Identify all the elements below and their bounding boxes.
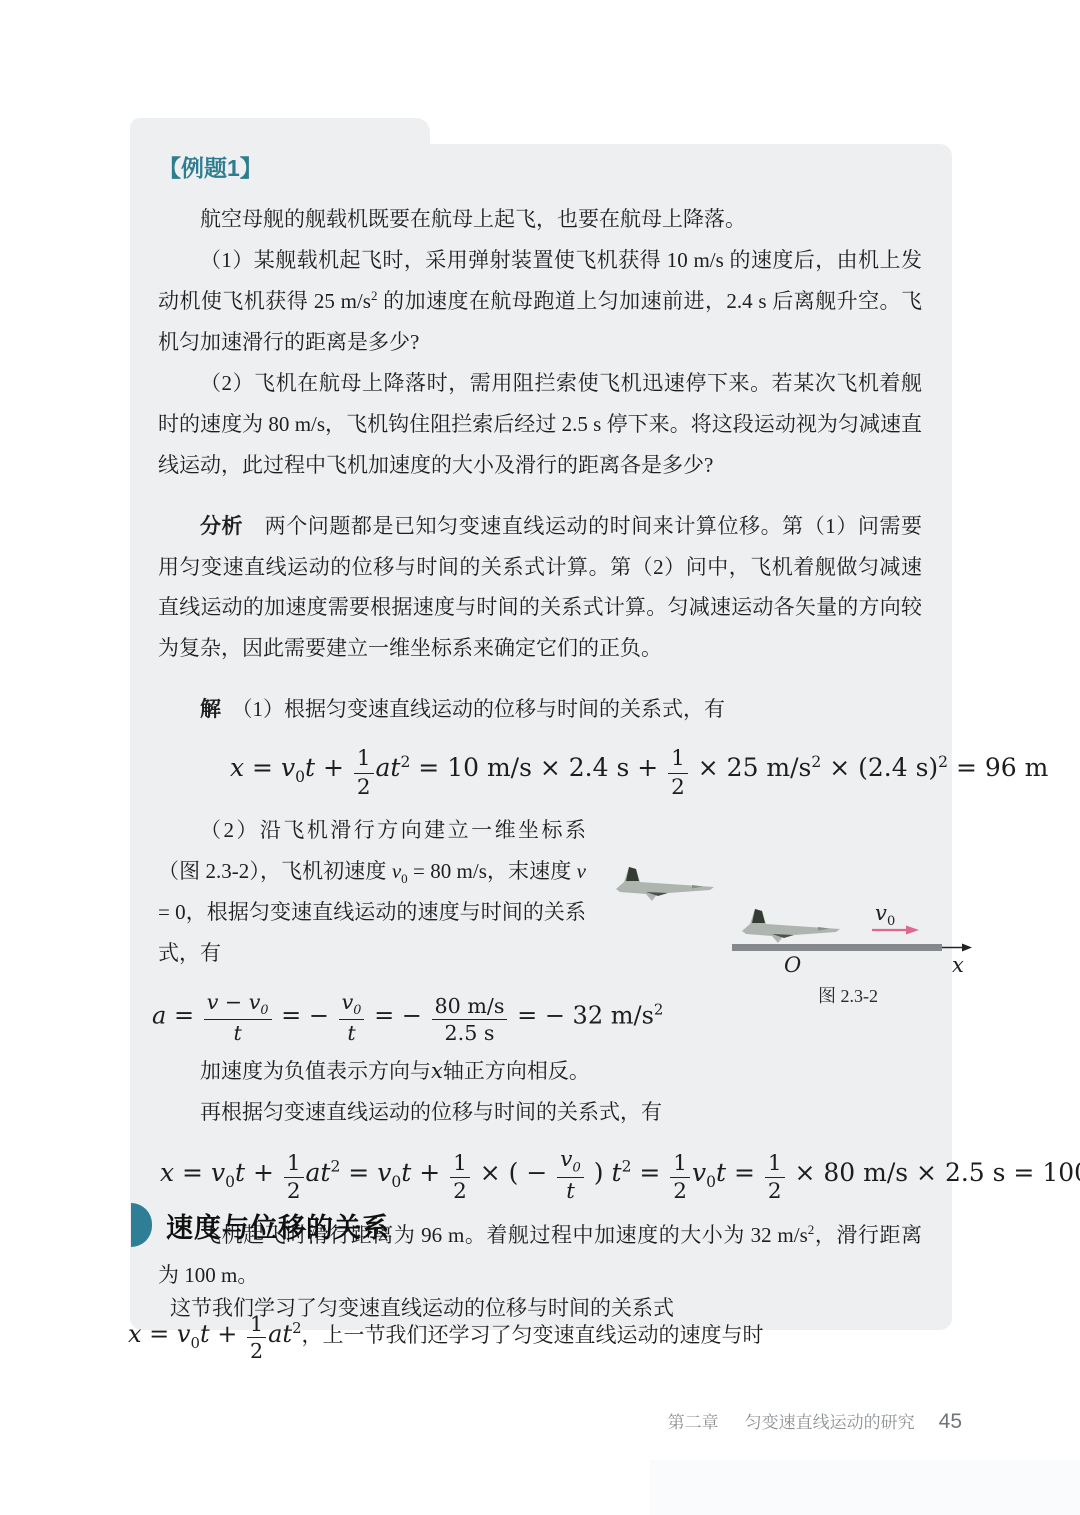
part2-paragraph: （2）沿飞机滑行方向建立一维坐标系（图 2.3-2），飞机初速度 v0 = 80…: [158, 810, 586, 974]
fraction-v0-over-t: v0t: [557, 1147, 584, 1204]
equation-displacement-takeoff: x = v0t + 12at2 = 10 m/s × 2.4 s + 12 × …: [230, 746, 922, 800]
fraction-one-half: 12: [670, 1151, 690, 1205]
fraction-one-half: 12: [247, 1312, 266, 1364]
section-header: 速度与位移的关系: [131, 1203, 390, 1247]
section-title: 速度与位移的关系: [166, 1206, 390, 1245]
equation-displacement-landing: x = v0t + 12at2 = v0t + 12 × ( − v0t ) t…: [160, 1147, 922, 1204]
part2-row: （2）沿飞机滑行方向建立一维坐标系（图 2.3-2），飞机初速度 v0 = 80…: [158, 810, 922, 1045]
origin-label: O: [784, 953, 801, 977]
part2-text-column: （2）沿飞机滑行方向建立一维坐标系（图 2.3-2），飞机初速度 v0 = 80…: [158, 810, 586, 1045]
footer-chapter: 第二章: [668, 1413, 719, 1432]
problem-question-2: （2）飞机在航母上降落时，需用阻拦索使飞机迅速停下来。若某次飞机着舰时的速度为 …: [158, 363, 922, 486]
fraction-one-half: 12: [668, 746, 688, 800]
footer-book-title: 匀变速直线运动的研究: [745, 1413, 915, 1432]
fraction-one-half: 12: [765, 1151, 785, 1205]
analysis-label: 分析: [200, 514, 243, 538]
example-box: 【例题1】 航空母舰的舰载机既要在航母上起飞，也要在航母上降落。 （1）某舰载机…: [130, 118, 952, 1330]
equation-acceleration: a = v − v0t = − v0t = − 80 m/s2.5 s = − …: [152, 990, 586, 1046]
x-axis-arrowhead: [962, 943, 972, 951]
bottom-edge-strip: [650, 1460, 1080, 1515]
footer-page-number: 45: [939, 1410, 962, 1433]
note-next-step: 再根据匀变速直线运动的位移与时间的关系式，有: [158, 1092, 922, 1133]
problem-question-1: （1）某舰载机起飞时，采用弹射装置使飞机获得 10 m/s 的速度后，由机上发动…: [158, 240, 922, 363]
fraction-80-over-2-5: 80 m/s2.5 s: [432, 994, 508, 1046]
v0-subscript: 0: [887, 914, 895, 929]
fraction-one-half: 12: [354, 746, 374, 800]
figure-caption: 图 2.3-2: [818, 982, 978, 1008]
example-title: 【例题1】: [158, 150, 922, 183]
analysis-paragraph: 分析 两个问题都是已知匀变速直线运动的时间来计算位移。第（1）问需要用匀变速直线…: [158, 506, 922, 670]
fraction-one-half: 12: [284, 1151, 304, 1205]
v0-label: v: [875, 901, 887, 925]
jet-landing-icon: [742, 909, 840, 943]
solution-intro: 解 （1）根据匀变速直线运动的位移与时间的关系式，有: [158, 689, 922, 730]
section-formula-line: x = v0t + 12at2，上一节我们还学习了匀变速直线运动的速度与时: [128, 1312, 764, 1364]
figure-2-3-2: v 0 O x: [586, 860, 978, 980]
note-negative-acceleration: 加速度为负值表示方向与x轴正方向相反。: [158, 1051, 922, 1092]
fraction-v-minus-v0-over-t: v − v0t: [204, 990, 272, 1046]
figure-column: v 0 O x 图 2.3-2: [586, 810, 978, 1045]
example-box-body: 【例题1】 航空母舰的舰载机既要在航母上起飞，也要在航母上降落。 （1）某舰载机…: [130, 144, 952, 1330]
page-footer: 第二章匀变速直线运动的研究45: [668, 1408, 962, 1434]
x-axis-label: x: [952, 953, 964, 977]
section-halfmoon-icon: [131, 1203, 152, 1247]
example-box-tab: [130, 118, 430, 144]
problem-intro: 航空母舰的舰载机既要在航母上起飞，也要在航母上降落。: [158, 199, 922, 240]
jet-flying-icon: [616, 867, 714, 901]
v0-arrowhead-icon: [906, 925, 919, 934]
fraction-one-half: 12: [450, 1151, 470, 1205]
solution-label: 解: [200, 697, 221, 721]
runway-bar: [732, 944, 942, 951]
fraction-v0-over-t: v0t: [339, 990, 365, 1046]
